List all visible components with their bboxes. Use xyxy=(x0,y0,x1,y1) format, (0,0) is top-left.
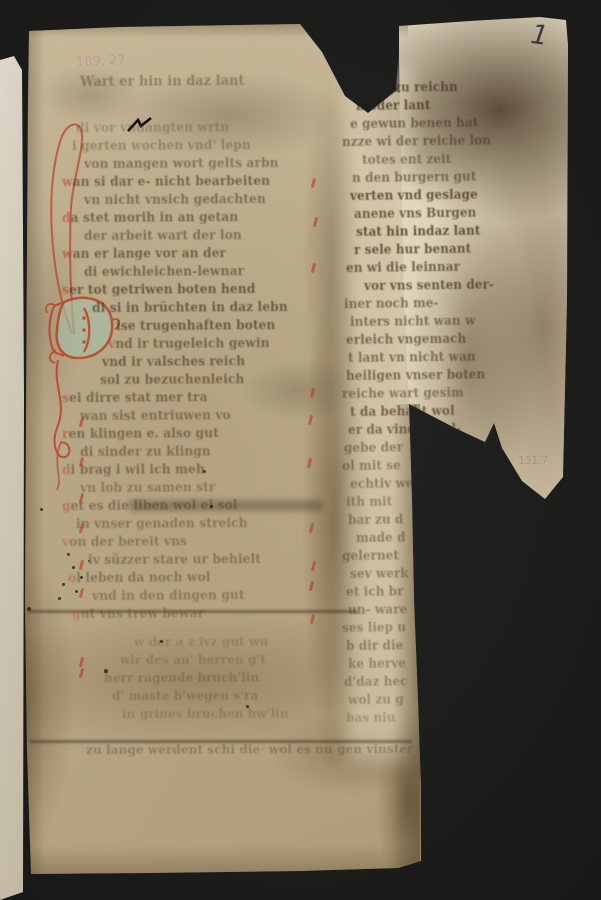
text-line: di vor vndangten wrtn xyxy=(76,120,229,136)
text-line: un- ware xyxy=(348,602,407,618)
text-line: anene vns Burgen xyxy=(354,206,476,222)
text-line: t da behabt wol xyxy=(350,404,455,420)
text-line: vnd ir valsches reich xyxy=(102,354,245,370)
text-line: reiche wart gesim xyxy=(342,386,464,402)
text-line: vn nicht vnsich gedachten xyxy=(84,192,266,208)
text-line: in vnser genaden streich xyxy=(76,516,248,532)
speck xyxy=(210,505,213,508)
text-line: ise trugenhaften boten xyxy=(116,318,275,334)
text-line: er da vinden sol- xyxy=(348,422,461,438)
text-line: di ewichleichen-lewnar xyxy=(84,264,244,280)
text-line: d' maste b'wegen s'ra xyxy=(112,687,258,703)
text-line: w der a z ivz gut wn xyxy=(134,634,268,649)
text-line: b dir die xyxy=(346,638,403,654)
speck xyxy=(104,669,108,673)
speck xyxy=(160,640,163,643)
text-line: ke herve xyxy=(348,656,406,672)
manuscript-photo: Wart er hin in daz lant di vor vndangten… xyxy=(0,0,601,900)
parchment-surface-overlay: Wart er hin in daz lant di vor vndangten… xyxy=(0,0,601,900)
text-line: r sele hur benant xyxy=(354,242,471,258)
text-line: ol mit se xyxy=(342,458,401,474)
speck xyxy=(246,705,249,708)
text-line: et ich br xyxy=(346,584,404,600)
speck xyxy=(75,590,78,593)
speck xyxy=(88,560,90,562)
text-line: verten vnd geslage xyxy=(350,188,478,204)
text-line: bar zu d xyxy=(348,512,403,528)
text-line: ses liep u xyxy=(342,620,406,636)
text-line: vn lob zu samen str xyxy=(80,480,215,496)
text-line: heiligen vnser boten xyxy=(346,367,485,384)
text-line: bas niu xyxy=(346,710,396,726)
faded-long-line: zu lange werdent schi die· wol es nu gen… xyxy=(86,741,414,757)
text-line: vnd in den dingen gut xyxy=(92,588,245,604)
text-line: sol zu bezuchenleich xyxy=(100,372,244,388)
speck xyxy=(58,597,61,600)
text-line: wan sist entriuwen vo xyxy=(80,408,231,424)
text-line: b oder lant xyxy=(356,98,431,114)
text-line: t lant vn nicht wan xyxy=(348,350,476,366)
text-line: von mangen wort gelts arbn xyxy=(84,156,279,172)
speck xyxy=(27,607,31,611)
text-line: iv süzzer stare ur behielt xyxy=(88,552,261,568)
text-line: nzze wi der reiche lon xyxy=(342,133,491,150)
text-line: di sinder zu klingn xyxy=(80,444,211,460)
text-line: vnd ir trugeleich gewin xyxy=(108,336,270,352)
text-line: d'daz hec xyxy=(344,674,408,690)
text-line: di si in brüchten in daz lebn xyxy=(92,300,288,316)
speck xyxy=(67,553,70,556)
text-line: e gewun benen hat xyxy=(350,116,478,132)
text-line: di brag i wil ich meh xyxy=(62,462,205,478)
speck xyxy=(62,583,65,586)
text-line: erleich vngemach xyxy=(346,332,466,348)
text-line: in grines bruchen bw'lin xyxy=(122,705,289,721)
text-line: ith mit xyxy=(346,494,392,510)
text-line: echtiv we xyxy=(350,476,414,492)
text-line: wir des an' herren g't xyxy=(120,651,266,667)
text-line: wan si dar e- nicht bearbeiten xyxy=(62,174,270,190)
header-line: Wart er hin in daz lant xyxy=(80,73,245,90)
text-line: sev werk xyxy=(350,566,409,582)
text-line: wol zu g xyxy=(348,692,404,708)
text-line: made d xyxy=(356,530,406,546)
adjacent-page-edge xyxy=(0,54,24,900)
text-line: da stet morih in an getan xyxy=(62,210,238,226)
text-line: stat hin indaz lant xyxy=(356,224,481,240)
text-line: gebe der xyxy=(344,440,403,456)
speck xyxy=(203,470,206,473)
speck xyxy=(72,566,75,569)
text-line: en wi die leinnar xyxy=(346,260,460,276)
text-line: von der bereit vns xyxy=(62,534,187,550)
pencil-note-top-left: 189, 27 xyxy=(76,53,126,71)
text-line: iner noch me- xyxy=(344,296,439,312)
speck xyxy=(40,508,43,511)
text-line: ren klingen e. also gut xyxy=(62,426,219,442)
pencil-note-fragment-top: 130.27.5 xyxy=(426,39,480,55)
text-line: der arbeit wart der lon xyxy=(84,228,242,244)
text-line: ser tot getriwen boten hend xyxy=(62,282,255,298)
text-line: gelernet xyxy=(342,548,399,564)
text-line: vor vns senten der- xyxy=(364,278,494,294)
text-line: ol leben da noch wol xyxy=(68,570,211,586)
text-line: inters nicht wan w xyxy=(350,314,475,330)
text-line: i gerten wochen vnd' lepn xyxy=(72,138,251,154)
pencil-note-fragment-bottom: 131.7 xyxy=(518,455,548,467)
text-line: herr ragende bruch'lin xyxy=(104,669,259,685)
text-line: totes ent zeit xyxy=(362,152,451,168)
text-line: gut vns trew bewar xyxy=(72,606,204,622)
speck xyxy=(80,576,83,579)
text-line: wan er lange vor an der xyxy=(62,246,226,262)
text-line: n den burgern gut xyxy=(352,170,476,186)
text-line: sei dirre stat mer tra xyxy=(62,390,208,406)
text-line: groz zu reichn xyxy=(360,80,458,96)
